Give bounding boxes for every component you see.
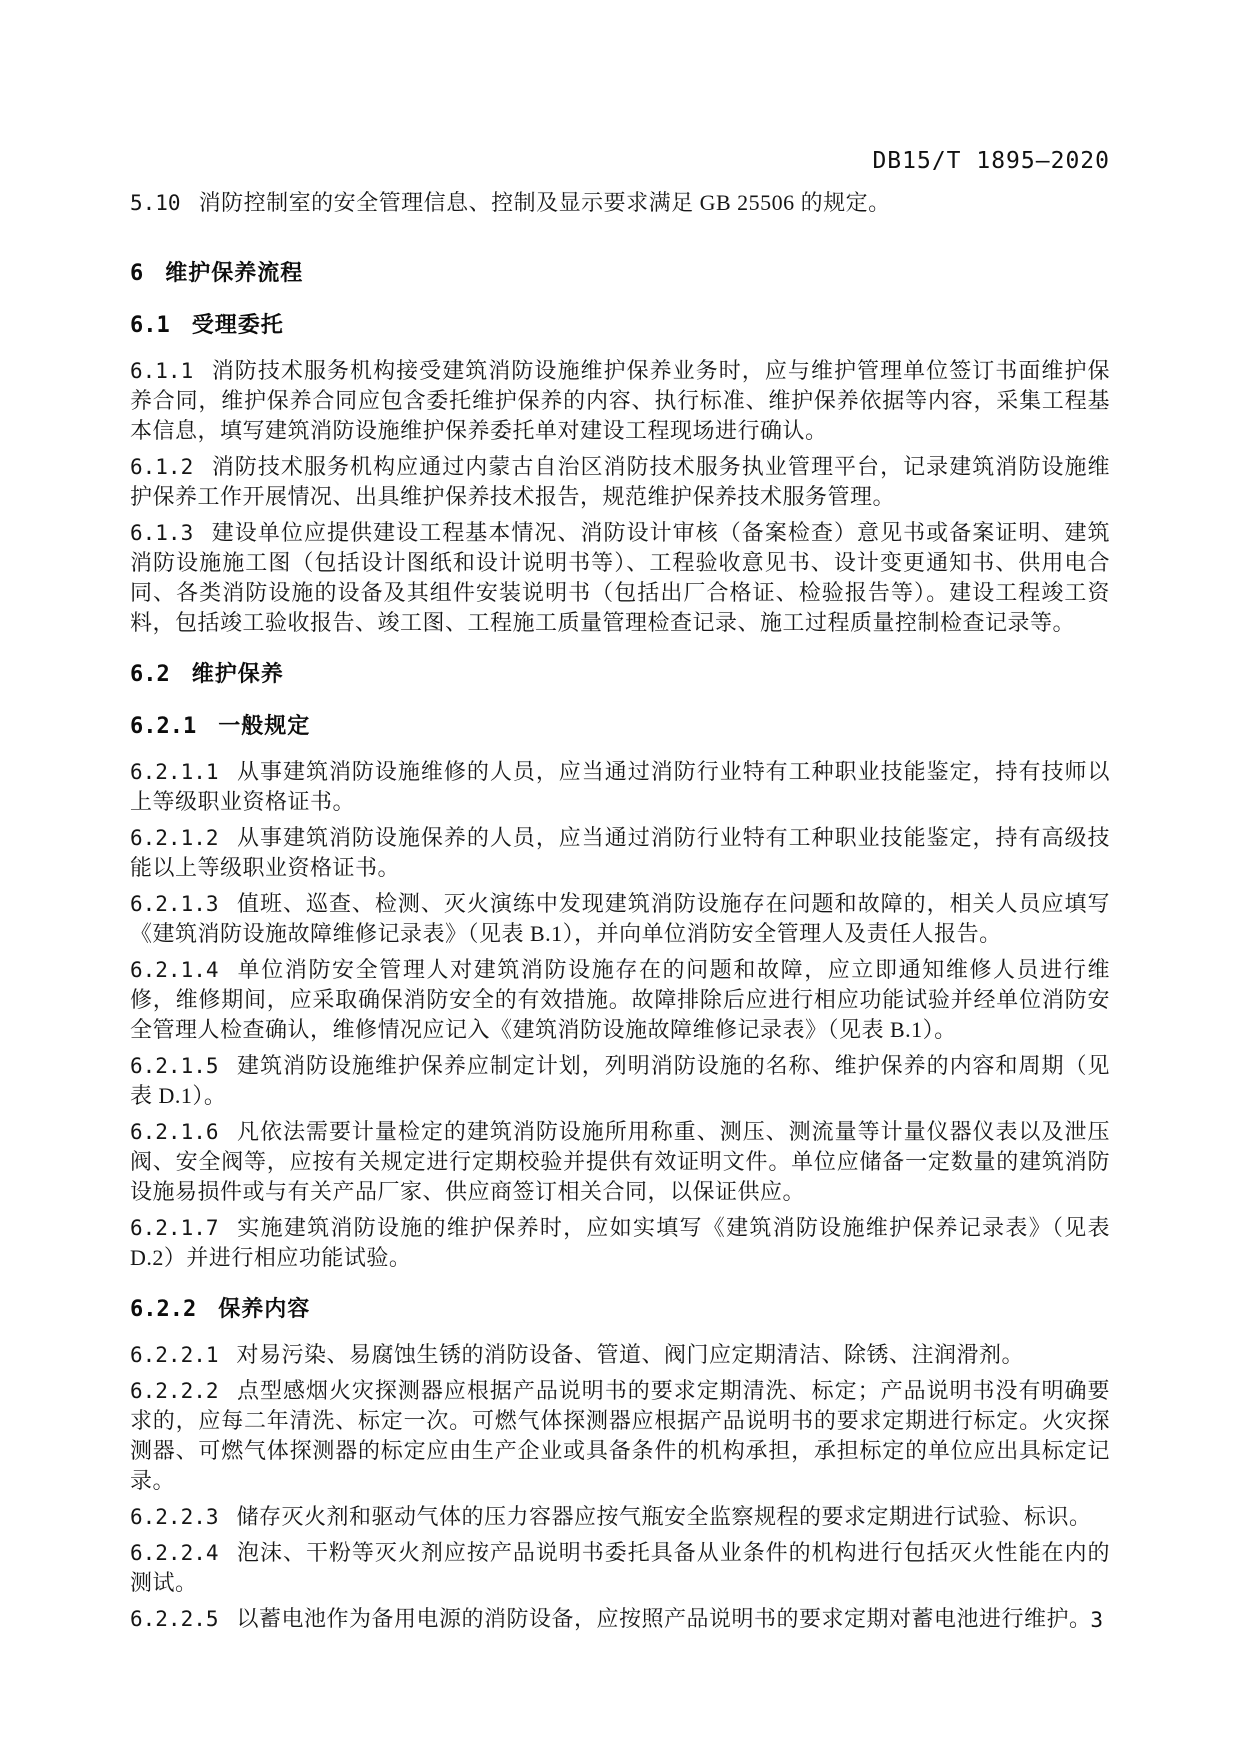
clause-number: 6.2.1.2 (130, 826, 219, 850)
clause-6-2-1-5: 6.2.1.5建筑消防设施维护保养应制定计划，列明消防设施的名称、维护保养的内容… (130, 1051, 1110, 1111)
clause-number: 6.2.1.7 (130, 1216, 219, 1240)
clause-6-2-2-3: 6.2.2.3储存灭火剂和驱动气体的压力容器应按气瓶安全监察规程的要求定期进行试… (130, 1502, 1110, 1532)
clause-6-2-2-4: 6.2.2.4泡沫、干粉等灭火剂应按产品说明书委托具备从业条件的机构进行包括灭火… (130, 1538, 1110, 1598)
document-page: DB15/T 1895—2020 5.10消防控制室的安全管理信息、控制及显示要… (0, 0, 1241, 1755)
clause-6-1-3: 6.1.3建设单位应提供建设工程基本情况、消防设计审核（备案检查）意见书或备案证… (130, 518, 1110, 638)
clause-number: 6.2.2.5 (130, 1607, 219, 1631)
heading-number: 6.2 (130, 662, 170, 687)
heading-number: 6.2.2 (130, 1297, 196, 1322)
heading-6-2: 6.2维护保养 (130, 659, 1110, 690)
heading-text: 受理委托 (192, 312, 284, 337)
clause-number: 6.2.1.5 (130, 1054, 219, 1078)
standard-number-header: DB15/T 1895—2020 (130, 146, 1110, 176)
clause-number: 6.2.2.2 (130, 1379, 219, 1403)
clause-number: 6.2.1.6 (130, 1120, 219, 1144)
clause-6-2-1-2: 6.2.1.2从事建筑消防设施保养的人员，应当通过消防行业特有工种职业技能鉴定，… (130, 823, 1110, 883)
heading-text: 一般规定 (218, 713, 310, 738)
clause-text: 泡沫、干粉等灭火剂应按产品说明书委托具备从业条件的机构进行包括灭火性能在内的测试… (130, 1540, 1110, 1595)
clause-text: 凡依法需要计量检定的建筑消防设施所用称重、测压、测流量等计量仪器仪表以及泄压阀、… (130, 1119, 1110, 1204)
clause-6-1-1: 6.1.1消防技术服务机构接受建筑消防设施维护保养业务时，应与维护管理单位签订书… (130, 356, 1110, 446)
clause-number: 6.1.3 (130, 521, 193, 545)
clause-text: 消防技术服务机构应通过内蒙古自治区消防技术服务执业管理平台，记录建筑消防设施维护… (130, 454, 1110, 509)
clause-number: 6.2.1.1 (130, 760, 219, 784)
clause-text: 单位消防安全管理人对建筑消防设施存在的问题和故障，应立即通知维修人员进行维修，维… (130, 957, 1110, 1042)
clause-text: 对易污染、易腐蚀生锈的消防设备、管道、阀门应定期清洁、除锈、注润滑剂。 (237, 1342, 1025, 1367)
clause-6-2-2-1: 6.2.2.1对易污染、易腐蚀生锈的消防设备、管道、阀门应定期清洁、除锈、注润滑… (130, 1340, 1110, 1370)
clause-text: 建筑消防设施维护保养应制定计划，列明消防设施的名称、维护保养的内容和周期（见表 … (130, 1053, 1110, 1108)
heading-6-2-1: 6.2.1一般规定 (130, 711, 1110, 742)
heading-number: 6.2.1 (130, 714, 196, 739)
clause-text: 值班、巡查、检测、灭火演练中发现建筑消防设施存在问题和故障的，相关人员应填写《建… (130, 891, 1110, 946)
clause-number: 6.2.1.3 (130, 892, 219, 916)
clause-6-2-1-1: 6.2.1.1从事建筑消防设施维修的人员，应当通过消防行业特有工种职业技能鉴定，… (130, 757, 1110, 817)
clause-number: 6.1.2 (130, 455, 193, 479)
clause-number: 6.2.1.4 (130, 958, 219, 982)
clause-6-2-2-2: 6.2.2.2点型感烟火灾探测器应根据产品说明书的要求定期清洗、标定；产品说明书… (130, 1376, 1110, 1496)
clause-6-2-1-7: 6.2.1.7实施建筑消防设施的维护保养时，应如实填写《建筑消防设施维护保养记录… (130, 1213, 1110, 1273)
clause-text: 消防控制室的安全管理信息、控制及显示要求满足 GB 25506 的规定。 (199, 190, 891, 215)
clause-text: 以蓄电池作为备用电源的消防设备，应按照产品说明书的要求定期对蓄电池进行维护。 (237, 1606, 1092, 1631)
clause-6-1-2: 6.1.2消防技术服务机构应通过内蒙古自治区消防技术服务执业管理平台，记录建筑消… (130, 452, 1110, 512)
heading-text: 维护保养流程 (165, 260, 303, 285)
clause-text: 消防技术服务机构接受建筑消防设施维护保养业务时，应与维护管理单位签订书面维护保养… (130, 358, 1110, 443)
clause-number: 6.2.2.1 (130, 1343, 219, 1367)
clause-6-2-1-3: 6.2.1.3值班、巡查、检测、灭火演练中发现建筑消防设施存在问题和故障的，相关… (130, 889, 1110, 949)
heading-number: 6.1 (130, 313, 170, 338)
clause-text: 从事建筑消防设施维修的人员，应当通过消防行业特有工种职业技能鉴定，持有技师以上等… (130, 759, 1110, 814)
heading-number: 6 (130, 261, 143, 286)
heading-6-1: 6.1受理委托 (130, 310, 1110, 341)
clause-text: 建设单位应提供建设工程基本情况、消防设计审核（备案检查）意见书或备案证明、建筑消… (130, 520, 1110, 635)
heading-text: 保养内容 (218, 1296, 310, 1321)
heading-6: 6维护保养流程 (130, 258, 1110, 289)
clause-text: 储存灭火剂和驱动气体的压力容器应按气瓶安全监察规程的要求定期进行试验、标识。 (237, 1504, 1092, 1529)
clause-text: 从事建筑消防设施保养的人员，应当通过消防行业特有工种职业技能鉴定，持有高级技能以… (130, 825, 1110, 880)
clause-6-2-1-4: 6.2.1.4单位消防安全管理人对建筑消防设施存在的问题和故障，应立即通知维修人… (130, 955, 1110, 1045)
clause-number: 6.1.1 (130, 359, 193, 383)
clause-number: 6.2.2.3 (130, 1505, 219, 1529)
heading-6-2-2: 6.2.2保养内容 (130, 1294, 1110, 1325)
clause-text: 实施建筑消防设施的维护保养时，应如实填写《建筑消防设施维护保养记录表》（见表 D… (130, 1215, 1110, 1270)
clause-6-2-2-5: 6.2.2.5以蓄电池作为备用电源的消防设备，应按照产品说明书的要求定期对蓄电池… (130, 1604, 1110, 1634)
page-number: 3 (1090, 1608, 1103, 1632)
clause-5-10: 5.10消防控制室的安全管理信息、控制及显示要求满足 GB 25506 的规定。 (130, 188, 1110, 218)
clause-number: 6.2.2.4 (130, 1541, 219, 1565)
clause-6-2-1-6: 6.2.1.6凡依法需要计量检定的建筑消防设施所用称重、测压、测流量等计量仪器仪… (130, 1117, 1110, 1207)
clause-text: 点型感烟火灾探测器应根据产品说明书的要求定期清洗、标定；产品说明书没有明确要求的… (130, 1378, 1110, 1493)
heading-text: 维护保养 (192, 661, 284, 686)
clause-number: 5.10 (130, 191, 181, 215)
